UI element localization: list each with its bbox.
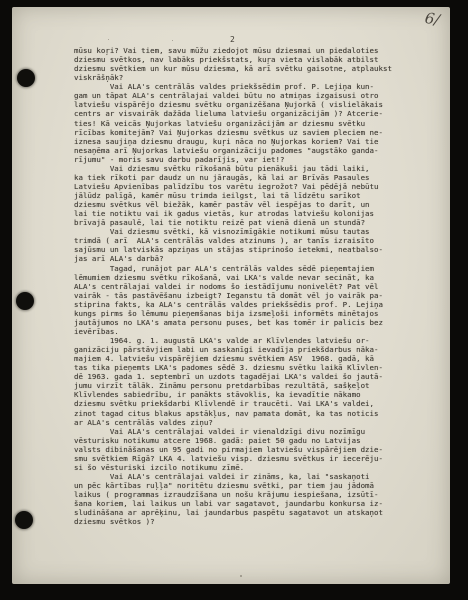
punch-hole: [16, 292, 34, 310]
typewritten-text: mūsu koŗi? Vai tiem, savu mūžu ziedojot …: [74, 46, 392, 526]
paper-speck: [240, 575, 242, 577]
punch-hole: [17, 69, 35, 87]
document-page: 6/ 2 mūsu koŗi? Vai tiem, savu mūžu zied…: [12, 7, 450, 584]
paper-speck: [108, 39, 109, 40]
handwritten-annotation: 6/: [424, 9, 441, 29]
page-number: 2: [230, 35, 235, 44]
photo-background: 6/ 2 mūsu koŗi? Vai tiem, savu mūžu zied…: [0, 0, 468, 600]
punch-hole: [15, 511, 33, 529]
paper-speck: [172, 40, 173, 41]
